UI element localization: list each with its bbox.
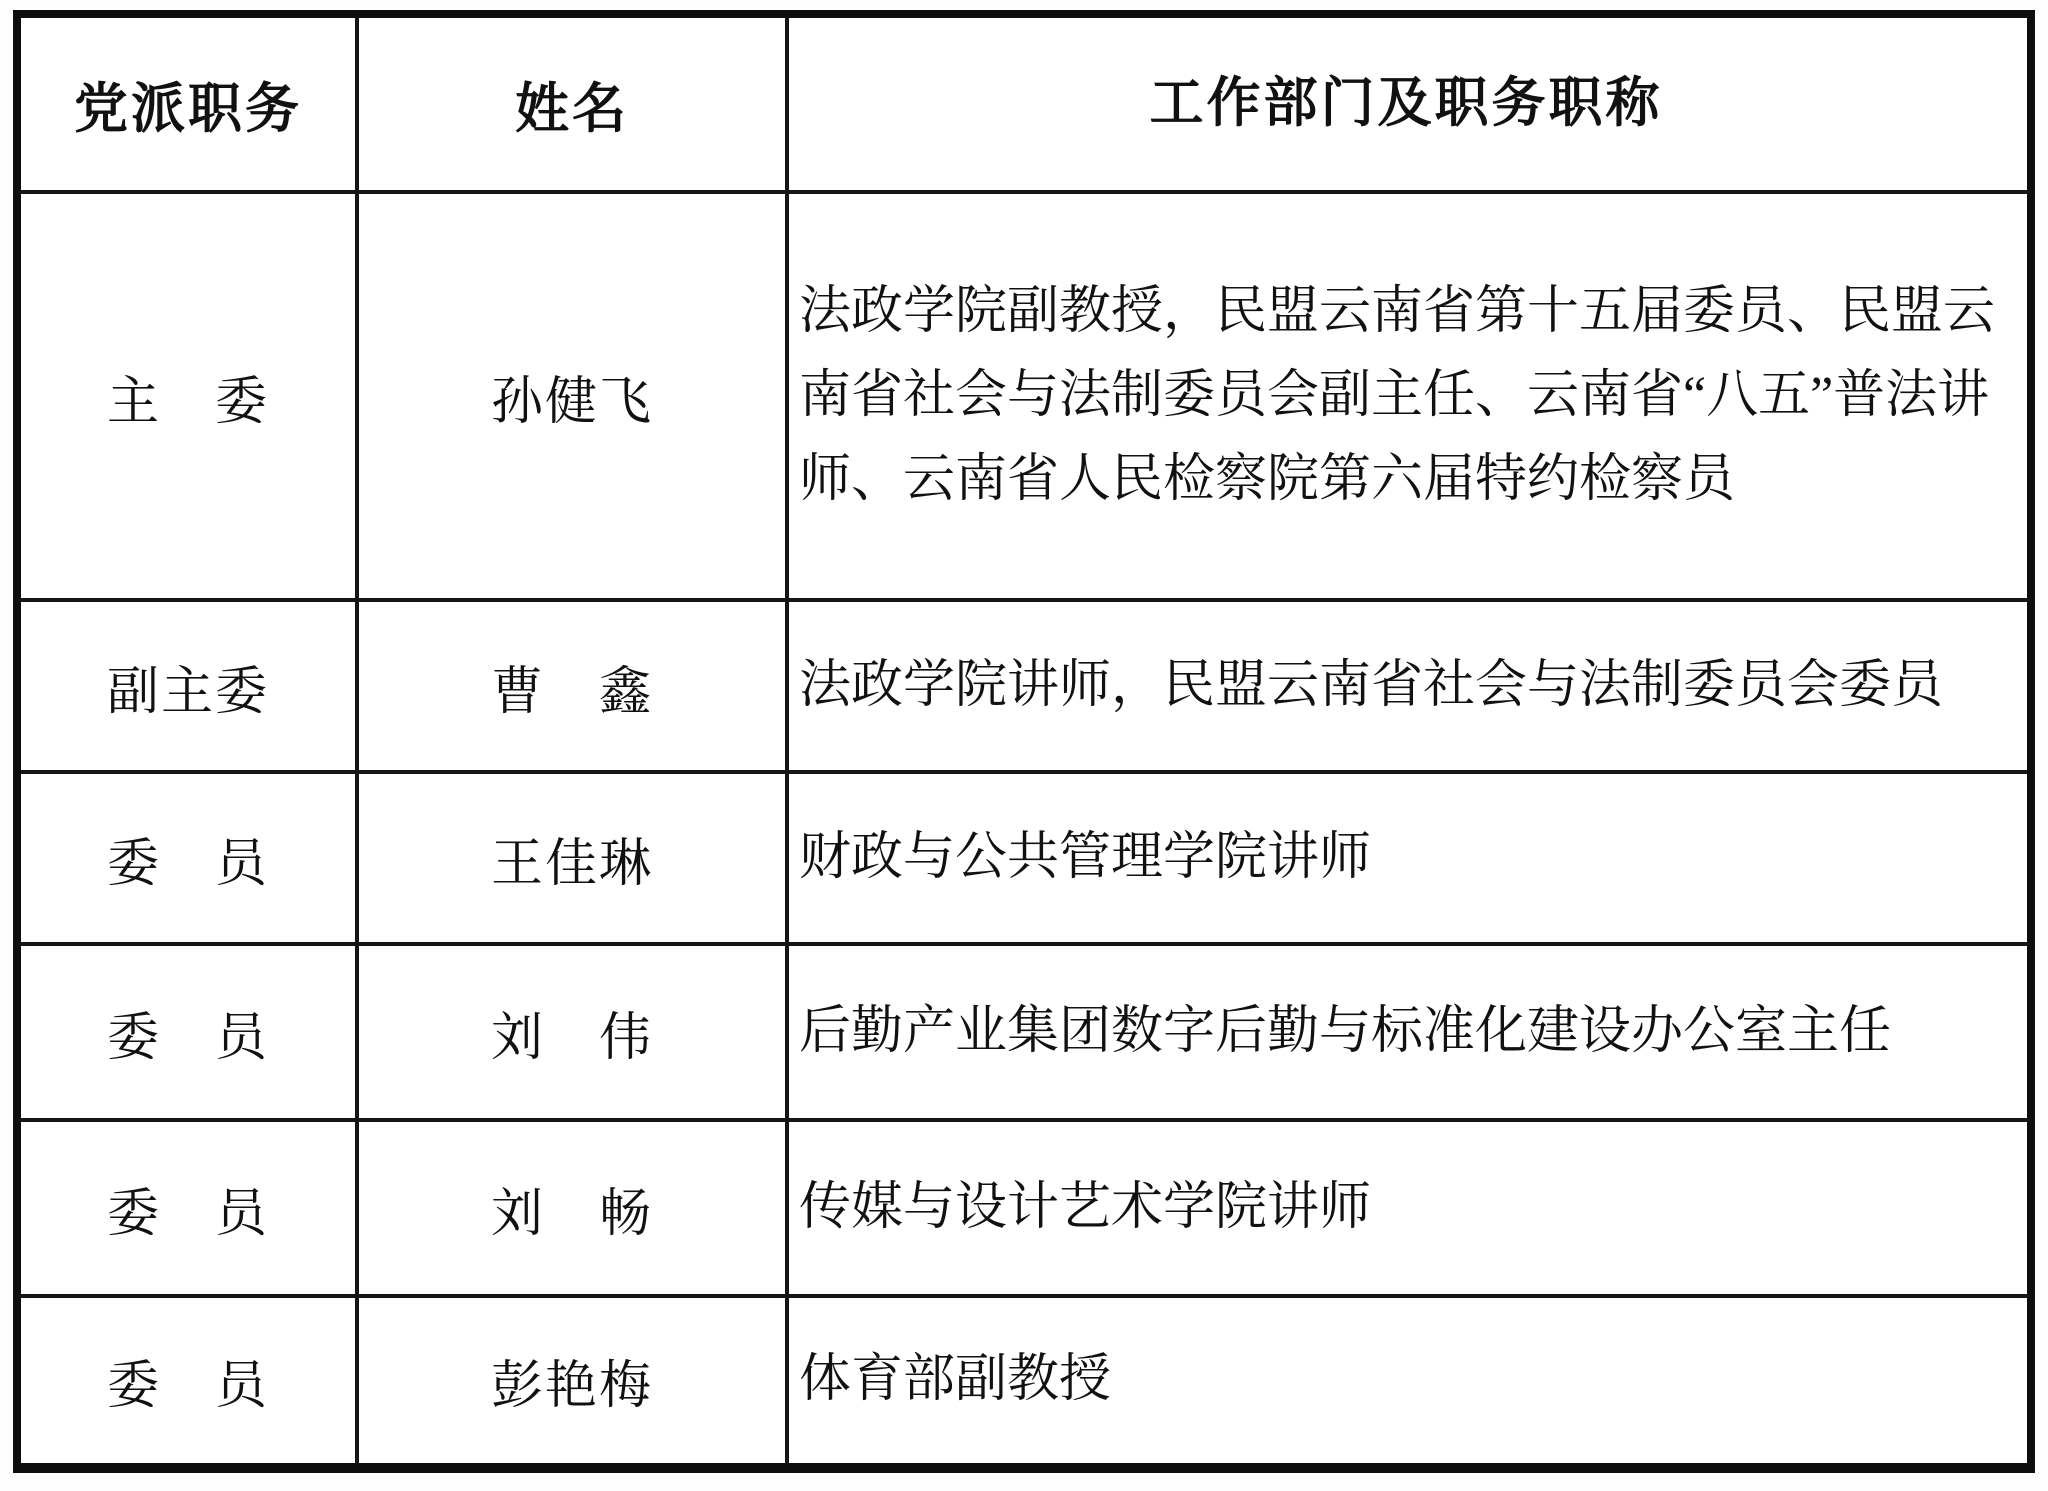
table-row: 委 员 刘 畅 传媒与设计艺术学院讲师 [17, 1120, 2031, 1296]
party-position-cell: 主 委 [17, 192, 357, 600]
header-name: 姓名 [357, 14, 787, 192]
name-cell: 刘 畅 [357, 1120, 787, 1296]
party-position-cell: 委 员 [17, 944, 357, 1120]
department-title-cell: 后勤产业集团数字后勤与标准化建设办公室主任 [787, 944, 2031, 1120]
table-row: 副主委 曹 鑫 法政学院讲师，民盟云南省社会与法制委员会委员 [17, 600, 2031, 772]
table-header-row: 党派职务 姓名 工作部门及职务职称 [17, 14, 2031, 192]
name-cell: 王佳琳 [357, 772, 787, 944]
party-position-cell: 委 员 [17, 1296, 357, 1468]
table-row: 委 员 刘 伟 后勤产业集团数字后勤与标准化建设办公室主任 [17, 944, 2031, 1120]
name-cell: 刘 伟 [357, 944, 787, 1120]
table-row: 委 员 彭艳梅 体育部副教授 [17, 1296, 2031, 1468]
party-position-cell: 委 员 [17, 772, 357, 944]
table-row: 主 委 孙健飞 法政学院副教授，民盟云南省第十五届委员、民盟云南省社会与法制委员… [17, 192, 2031, 600]
name-cell: 彭艳梅 [357, 1296, 787, 1468]
party-position-cell: 副主委 [17, 600, 357, 772]
department-title-cell: 体育部副教授 [787, 1296, 2031, 1468]
name-cell: 孙健飞 [357, 192, 787, 600]
header-department-title: 工作部门及职务职称 [787, 14, 2031, 192]
scanned-document-page: 党派职务 姓名 工作部门及职务职称 主 委 孙健飞 法政学院副教授，民盟云南省第… [0, 0, 2048, 1491]
party-roster-table: 党派职务 姓名 工作部门及职务职称 主 委 孙健飞 法政学院副教授，民盟云南省第… [13, 10, 2035, 1473]
department-title-cell: 财政与公共管理学院讲师 [787, 772, 2031, 944]
party-position-cell: 委 员 [17, 1120, 357, 1296]
department-title-cell: 法政学院副教授，民盟云南省第十五届委员、民盟云南省社会与法制委员会副主任、云南省… [787, 192, 2031, 600]
department-title-cell: 法政学院讲师，民盟云南省社会与法制委员会委员 [787, 600, 2031, 772]
department-title-cell: 传媒与设计艺术学院讲师 [787, 1120, 2031, 1296]
header-party-position: 党派职务 [17, 14, 357, 192]
table-row: 委 员 王佳琳 财政与公共管理学院讲师 [17, 772, 2031, 944]
name-cell: 曹 鑫 [357, 600, 787, 772]
